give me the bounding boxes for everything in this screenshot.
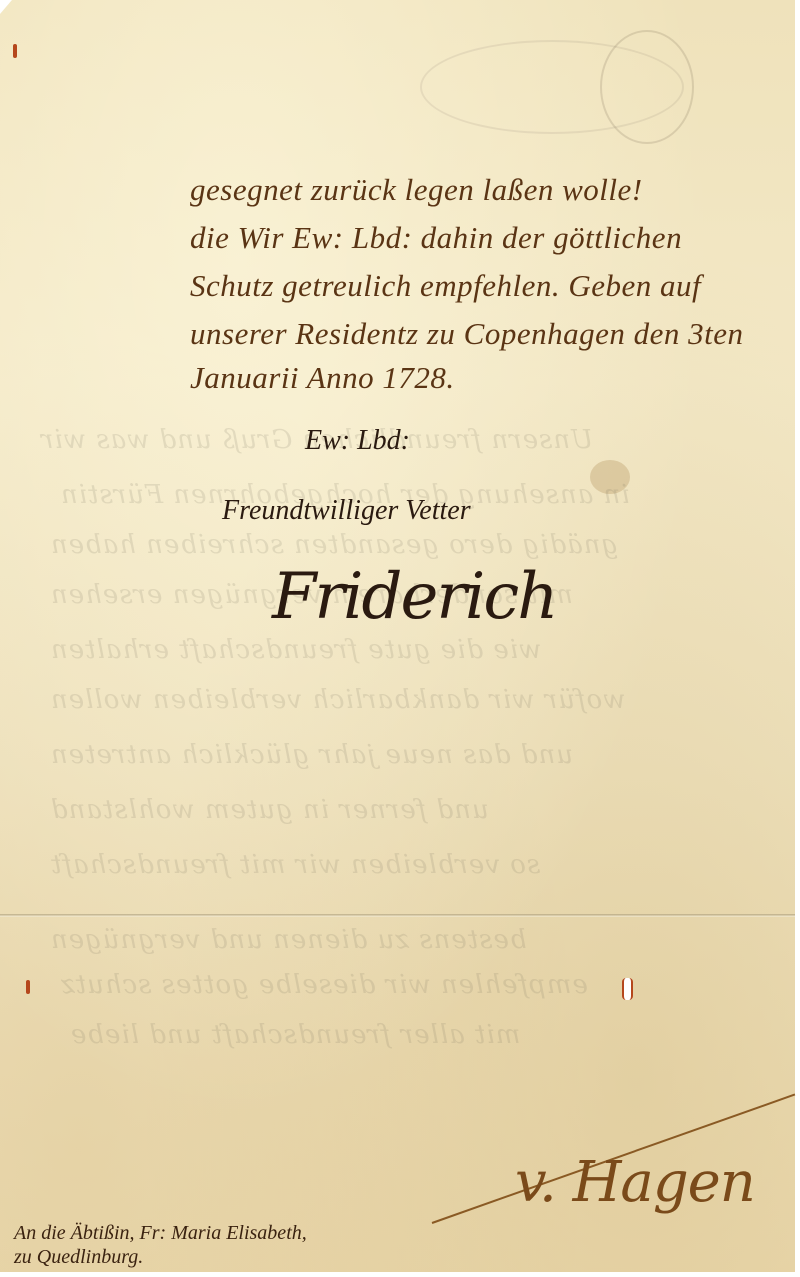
bleed-through-text: so verbleiben wir mit freundschaft	[50, 850, 540, 880]
pin-mark	[26, 980, 30, 994]
bleed-through-text: mit aller freundschaft und liebe	[70, 1020, 520, 1050]
letter-body-line-4: unserer Residentz zu Copenhagen den 3ten	[190, 316, 744, 352]
bleed-through-text: gnädig dero gesandten schreiben haben	[50, 530, 618, 560]
bleed-through-text: und das neue jahr glücklich antreten	[50, 740, 573, 770]
pin-hole	[622, 978, 633, 1000]
letter-body-line-5: Januarii Anno 1728.	[190, 360, 455, 396]
letter-body-line-3: Schutz getreulich empfehlen. Geben auf	[190, 268, 701, 304]
address-line-2: zu Quedlinburg.	[14, 1246, 143, 1269]
bleed-through-text: bestens zu dienen und vergnügen	[50, 925, 527, 955]
paper-fold	[0, 914, 795, 917]
pin-mark	[13, 44, 17, 58]
salutation: Ew: Lbd:	[305, 425, 410, 457]
letter-body-line-1: gesegnet zurück legen laßen wolle!	[190, 172, 643, 208]
ink-stain	[600, 30, 694, 144]
bleed-through-text: empfehlen wir dieselbe gottes schutz	[60, 970, 588, 1000]
letter-body-line-2: die Wir Ew: Lbd: dahin der göttlichen	[190, 220, 682, 256]
bleed-through-text: wofür wir dankbarlich verbleiben wollen	[50, 685, 626, 715]
countersignature: v. Hagen	[515, 1150, 755, 1215]
bleed-through-text: wie die gute freundschaft erhalten	[50, 635, 541, 665]
closing-phrase: Freundtwilliger Vetter	[222, 495, 471, 527]
address-line-1: An die Äbtißin, Fr: Maria Elisabeth,	[14, 1222, 307, 1245]
signature: Friderich	[272, 560, 556, 634]
bleed-through-text: und ferner in gutem wohlstand	[50, 795, 489, 825]
